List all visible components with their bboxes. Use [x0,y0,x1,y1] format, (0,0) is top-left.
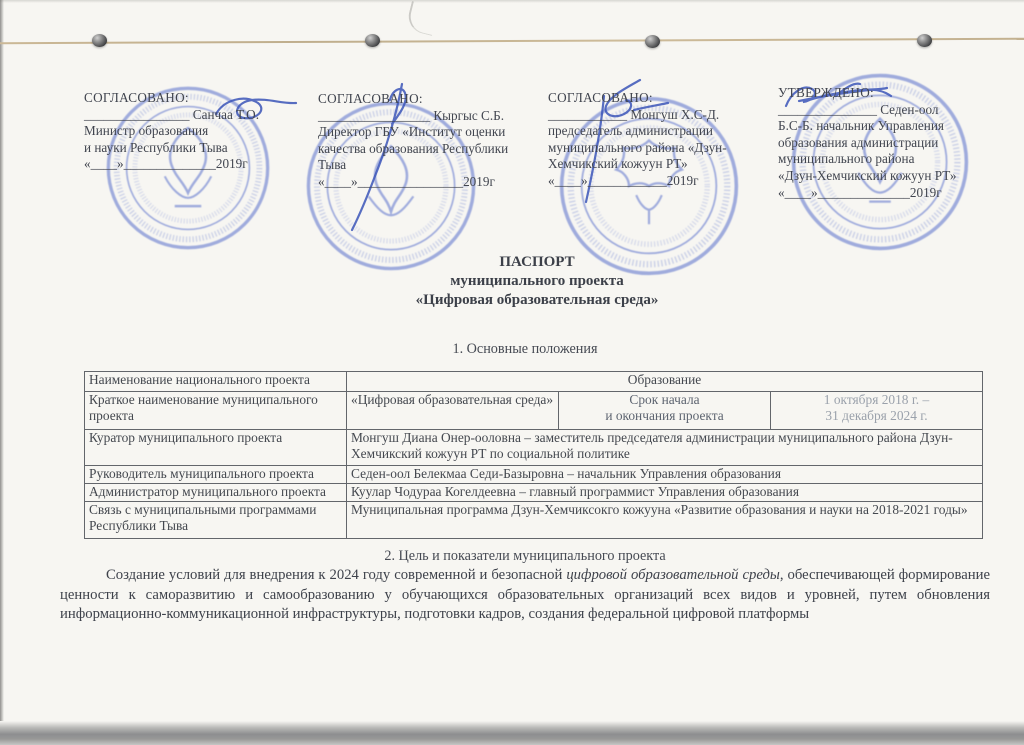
goal-paragraph: Создание условий для внедрения к 2024 го… [60,566,990,625]
term-label: Срок начала и окончания проекта [559,392,771,430]
approval-role: Директор ГБУ «Институт оценки качества о… [318,124,560,174]
approval-name-line: ________________ Санчаа Т.О. [84,107,312,124]
approval-header: СОГЛАСОВАНО: [548,90,782,107]
approval-header: СОГЛАСОВАНО: [84,90,312,107]
section-1-heading: 1. Основные положения [60,341,990,358]
approval-role: Министр образования и науки Республики Т… [84,123,312,156]
document-title: ПАСПОРТ муниципального проекта «Цифровая… [84,253,990,310]
scanned-document-page: { "approvals": [ { "header": "СОГЛАСОВАН… [0,0,1024,745]
table-row: Связь с муниципальными программами Респу… [85,502,983,539]
approval-header: СОГЛАСОВАНО: [318,91,560,108]
title-line-1: ПАСПОРТ [84,253,990,272]
table-row: Наименование национального проекта Образ… [85,372,983,392]
approval-role: председатель администрации муниципальног… [548,123,782,173]
approval-block-2: СОГЛАСОВАНО: _________________ Кыргыс С.… [318,91,560,191]
approval-date-line: «____»______________2019г [778,185,992,202]
goal-text-italic: цифровой образовательной среды [566,567,780,583]
title-line-2: муниципального проекта [84,272,990,291]
approval-block-4: УТВЕРЖДЕНО: _______________ Седен-оол Б.… [778,85,992,201]
row-label: Куратор муниципального проекта [85,430,347,466]
approval-name-line: ____________ Монгуш Х.С-Д. [548,107,782,124]
term-dates: 1 октября 2018 г. – 31 декабря 2024 г. [771,392,983,430]
approval-date-line: «____»____________2019г [548,173,782,190]
table-row: Администратор муниципального проекта Куу… [85,484,983,502]
short-name-value: «Цифровая образовательная среда» [347,392,559,430]
basic-provisions-table: Наименование национального проекта Образ… [84,371,983,539]
row-label: Руководитель муниципального проекта [85,466,347,484]
table-row: Куратор муниципального проекта Монгуш Ди… [85,430,983,466]
row-value: Муниципальная программа Дзун-Хемчиксокго… [347,502,983,539]
title-line-3: «Цифровая образовательная среда» [84,291,990,310]
row-value: Образование [347,372,983,392]
row-value: Куулар Чодураа Когелдеевна – главный про… [347,484,983,502]
table-row: Руководитель муниципального проекта Седе… [85,466,983,484]
approval-name-line: _______________ Седен-оол [778,102,992,119]
row-label: Наименование национального проекта [85,372,347,392]
approval-block-3: СОГЛАСОВАНО: ____________ Монгуш Х.С-Д. … [548,90,782,190]
row-label: Краткое наименование муниципального прое… [85,392,347,430]
row-value: Седен-оол Белекмаа Седи-Базыровна – нача… [347,466,983,484]
table-row: Краткое наименование муниципального прое… [85,392,983,430]
approval-role: Б.С-Б. начальник Управления образования … [778,118,992,184]
row-label: Связь с муниципальными программами Респу… [85,502,347,539]
approval-date-line: «____»________________2019г [318,174,560,191]
approval-date-line: «____»______________2019г [84,156,312,173]
approval-block-1: СОГЛАСОВАНО: ________________ Санчаа Т.О… [84,90,312,173]
approval-header: УТВЕРЖДЕНО: [778,85,992,102]
row-label: Администратор муниципального проекта [85,484,347,502]
goal-text-part1: Создание условий для внедрения к 2024 го… [106,567,566,583]
section-2-heading: 2. Цель и показатели муниципального прое… [60,548,990,565]
row-value: Монгуш Диана Онер-ооловна – заместитель … [347,430,983,466]
approval-name-line: _________________ Кыргыс С.Б. [318,108,560,125]
